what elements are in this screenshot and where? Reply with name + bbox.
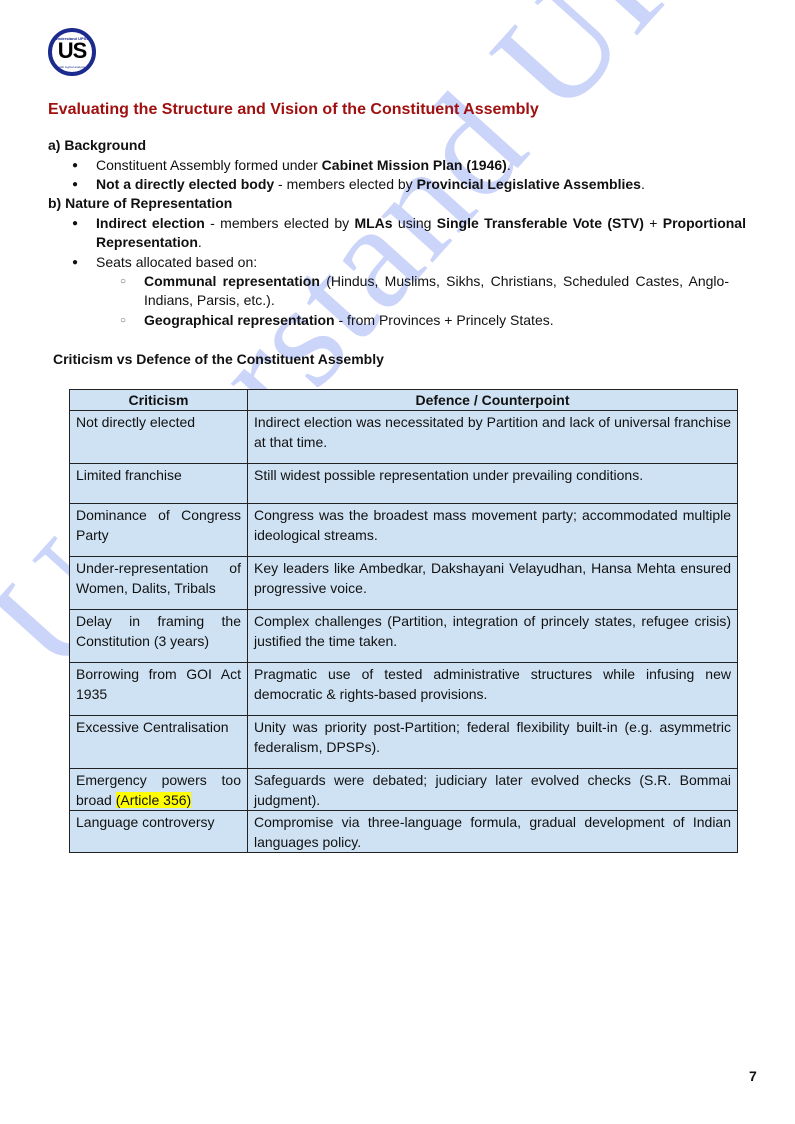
defence-cell: Pragmatic use of tested administrative s… xyxy=(248,663,738,716)
circle-bullet-icon: ○ xyxy=(120,272,126,291)
section-a-heading: a) Background xyxy=(48,137,146,153)
logo-bottom-text: with logical analysis xyxy=(52,65,92,69)
list-item: ● Not a directly elected body - members … xyxy=(96,175,746,194)
bullet-icon: ● xyxy=(72,253,78,272)
highlighted-text: (Article 356) xyxy=(116,792,191,808)
table-title: Criticism vs Defence of the Constituent … xyxy=(53,351,384,367)
list-item: ● Constituent Assembly formed under Cabi… xyxy=(96,156,746,175)
criticism-defence-table: Criticism Defence / Counterpoint Not dir… xyxy=(69,389,738,853)
criticism-cell: Language controversy xyxy=(70,811,248,853)
criticism-cell: Under-representation of Women, Dalits, T… xyxy=(70,557,248,610)
table-row: Not directly elected Indirect election w… xyxy=(70,411,738,464)
page-title: Evaluating the Structure and Vision of t… xyxy=(48,101,539,119)
column-header-criticism: Criticism xyxy=(70,390,248,411)
criticism-cell: Excessive Centralisation xyxy=(70,716,248,769)
circle-bullet-icon: ○ xyxy=(120,311,126,330)
table-row: Dominance of Congress Party Congress was… xyxy=(70,504,738,557)
sub-list-item: ○ Communal representation (Hindus, Musli… xyxy=(144,272,729,310)
criticism-cell: Dominance of Congress Party xyxy=(70,504,248,557)
defence-cell: Safeguards were debated; judiciary later… xyxy=(248,769,738,811)
sub-list-item: ○ Geographical representation - from Pro… xyxy=(144,311,744,330)
defence-cell: Key leaders like Ambedkar, Dakshayani Ve… xyxy=(248,557,738,610)
defence-cell: Indirect election was necessitated by Pa… xyxy=(248,411,738,464)
criticism-cell: Delay in framing the Constitution (3 yea… xyxy=(70,610,248,663)
bullet-icon: ● xyxy=(72,214,78,233)
table-row: Limited franchise Still widest possible … xyxy=(70,464,738,504)
list-item: ● Seats allocated based on: xyxy=(96,253,746,272)
table-row: Language controversy Compromise via thre… xyxy=(70,811,738,853)
table-header-row: Criticism Defence / Counterpoint xyxy=(70,390,738,411)
table-row: Delay in framing the Constitution (3 yea… xyxy=(70,610,738,663)
table-row: Borrowing from GOI Act 1935 Pragmatic us… xyxy=(70,663,738,716)
column-header-defence: Defence / Counterpoint xyxy=(248,390,738,411)
logo-main-text: US xyxy=(52,39,92,63)
bullet-icon: ● xyxy=(72,156,78,175)
page-number: 7 xyxy=(749,1068,757,1084)
defence-cell: Complex challenges (Partition, integrati… xyxy=(248,610,738,663)
criticism-cell: Limited franchise xyxy=(70,464,248,504)
criticism-cell: Borrowing from GOI Act 1935 xyxy=(70,663,248,716)
bullet-icon: ● xyxy=(72,175,78,194)
defence-cell: Unity was priority post-Partition; feder… xyxy=(248,716,738,769)
table-row: Under-representation of Women, Dalits, T… xyxy=(70,557,738,610)
table-row: Excessive Centralisation Unity was prior… xyxy=(70,716,738,769)
defence-cell: Compromise via three-language formula, g… xyxy=(248,811,738,853)
table-row: Emergency powers too broad (Article 356)… xyxy=(70,769,738,811)
criticism-cell: Emergency powers too broad (Article 356) xyxy=(70,769,248,811)
section-b-heading: b) Nature of Representation xyxy=(48,195,232,211)
logo: Understand UPSC US with logical analysis xyxy=(48,28,96,76)
list-item: ● Indirect election - members elected by… xyxy=(96,214,746,252)
defence-cell: Still widest possible representation und… xyxy=(248,464,738,504)
defence-cell: Congress was the broadest mass movement … xyxy=(248,504,738,557)
criticism-cell: Not directly elected xyxy=(70,411,248,464)
